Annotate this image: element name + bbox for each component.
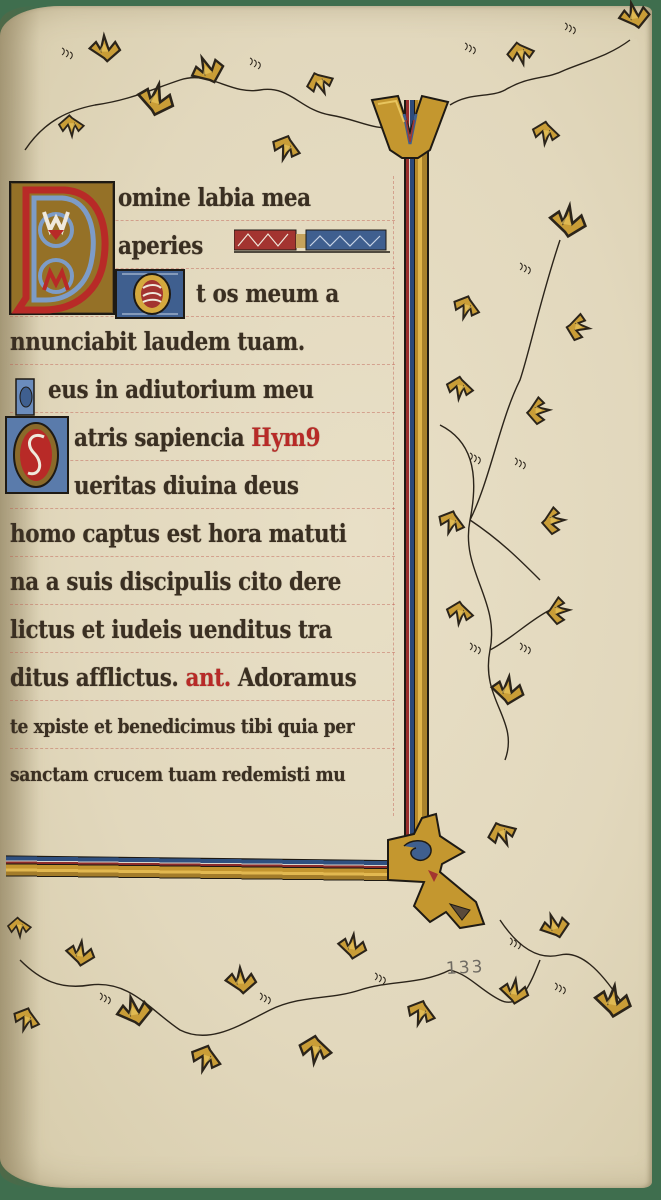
text-line-content: na a suis discipulis cito dere <box>10 567 341 596</box>
text-line: te xpiste et benedicimus tibi quia per <box>10 704 341 748</box>
text-line-content: atris sapiencia <box>74 423 244 452</box>
text-line: t os meum a <box>196 272 368 316</box>
frame-bar-vertical <box>404 100 430 840</box>
frame-bar-terminal-top <box>368 92 452 162</box>
ruling-line <box>10 508 395 509</box>
text-line: homo captus est hora matuti <box>10 512 341 556</box>
text-line-content: aperies <box>118 231 203 260</box>
text-line-content: ditus afflictus. <box>10 663 178 692</box>
frame-corner-ornament <box>384 810 496 930</box>
rubric-antiphon: ant. <box>186 663 231 692</box>
text-line: ditus afflictus. ant. Adoramus <box>10 656 341 700</box>
illuminated-initial-e <box>114 266 186 322</box>
text-line: nnunciabit laudem tuam. <box>10 320 341 364</box>
text-line-content: lictus et iudeis uenditus tra <box>10 615 332 644</box>
ruling-line <box>10 604 395 605</box>
line-filler-ornament <box>234 228 390 254</box>
rubric-hymnus: Hym9 <box>251 423 320 452</box>
ruling-line <box>10 700 395 701</box>
text-line: atris sapiencia Hym9 <box>74 416 405 460</box>
text-line: aperies <box>118 224 230 268</box>
illuminated-initial-s <box>4 375 72 495</box>
text-line: omine labia mea <box>118 176 359 220</box>
text-line-content: eus in adiutorium meu <box>48 375 314 404</box>
text-line-content: t os meum a <box>196 279 339 308</box>
text-line-content: Adoramus <box>238 663 356 692</box>
illuminated-initial-d <box>4 180 116 320</box>
text-line-content: omine labia mea <box>118 183 311 212</box>
text-line: eus in adiutorium meu <box>48 368 379 412</box>
ruling-line <box>10 556 395 557</box>
text-line-content: sanctam crucem tuam redemisti mu <box>10 762 345 786</box>
ruling-line <box>10 748 395 749</box>
folio-number: 133 <box>446 957 485 979</box>
text-line-content: te xpiste et benedicimus tibi quia per <box>10 714 354 738</box>
text-line-content: homo captus est hora matuti <box>10 519 346 548</box>
text-line: na a suis discipulis cito dere <box>10 560 341 604</box>
text-line: sanctam crucem tuam redemisti mu <box>10 752 341 796</box>
ruling-line <box>10 364 395 365</box>
text-line: ueritas diuina deus <box>74 464 405 508</box>
ruling-line <box>10 652 395 653</box>
text-line: lictus et iudeis uenditus tra <box>10 608 341 652</box>
text-line-content: nnunciabit laudem tuam. <box>10 327 305 356</box>
text-line-content: ueritas diuina deus <box>74 471 299 500</box>
